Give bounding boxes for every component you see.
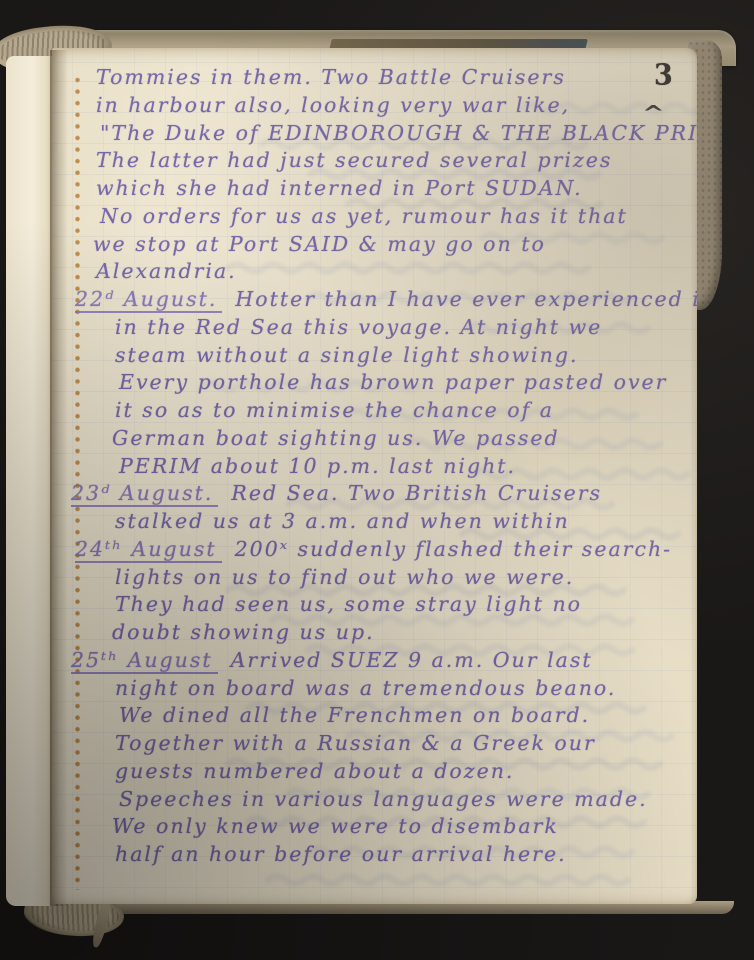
diary-line: We dined all the Frenchmen on board. xyxy=(62,702,697,730)
line-text: which she had interned in Port SUDAN. xyxy=(96,176,583,200)
line-text: "The Duke of EDINBOROUGH & THE BLACK PRI… xyxy=(100,121,697,145)
line-text: doubt showing us up. xyxy=(112,620,375,644)
line-text: half an hour before our arrival here. xyxy=(115,842,567,866)
diary-line: PERIM about 10 p.m. last night. xyxy=(62,453,697,481)
diary-line: 22ᵈ August.Hotter than I have ever exper… xyxy=(62,286,697,314)
diary-line: which she had interned in Port SUDAN. xyxy=(58,175,694,203)
previous-page-edge xyxy=(6,56,54,906)
diary-line: We only knew we were to disembark xyxy=(55,813,691,841)
line-text: Tommies in them. Two Battle Cruisers xyxy=(96,65,566,89)
entry-date: 23ᵈ August. xyxy=(71,481,218,507)
diary-line: it so as to minimise the chance of a xyxy=(58,397,694,425)
entry-date: 24ᵗʰ August xyxy=(75,537,222,563)
diary-line: 23ᵈ August.Red Sea. Two British Cruisers xyxy=(58,480,694,508)
diary-line: Together with a Russian & a Greek our xyxy=(58,730,694,758)
diary-line: Alexandria. xyxy=(58,258,694,286)
line-text: Every porthole has brown paper pasted ov… xyxy=(119,370,667,394)
diary-line: Tommies in them. Two Battle Cruisers xyxy=(58,64,694,92)
diary-line: night on board was a tremendous beano. xyxy=(58,675,694,703)
line-text: we stop at Port SAID & may go on to xyxy=(93,232,546,256)
line-text: in the Red Sea this voyage. At night we xyxy=(115,315,602,339)
diary-line: 25ᵗʰ AugustArrived SUEZ 9 a.m. Our last xyxy=(58,647,694,675)
diary-line: 24ᵗʰ August200ˣ suddenly flashed their s… xyxy=(62,536,697,564)
diary-line: half an hour before our arrival here. xyxy=(58,841,694,869)
line-text: We dined all the Frenchmen on board. xyxy=(119,703,590,727)
diary-line: in the Red Sea this voyage. At night we xyxy=(58,314,694,342)
diary-line: doubt showing us up. xyxy=(55,619,691,647)
line-text: in harbour also, looking very war like, xyxy=(96,93,570,117)
photo-frame: 3 ^ Tommies in them. Two Battle Cruisers… xyxy=(0,0,754,960)
diary-line: Speeches in various languages were made. xyxy=(62,786,697,814)
diary-line: They had seen us, some stray light no xyxy=(58,591,694,619)
line-text: The latter had just secured several priz… xyxy=(96,148,612,172)
diary-line: lights on us to find out who we were. xyxy=(58,564,694,592)
line-text: Together with a Russian & a Greek our xyxy=(115,731,596,755)
line-text: PERIM about 10 p.m. last night. xyxy=(119,454,516,478)
diary-line: in harbour also, looking very war like, xyxy=(58,92,694,120)
line-text: guests numbered about a dozen. xyxy=(115,759,514,783)
diary-line: German boat sighting us. We passed xyxy=(55,425,691,453)
line-text: We only knew we were to disembark xyxy=(112,814,559,838)
line-text: Hotter than I have ever experienced it xyxy=(235,287,697,311)
line-text: German boat sighting us. We passed xyxy=(112,426,560,450)
line-text: They had seen us, some stray light no xyxy=(115,592,582,616)
diary-line: guests numbered about a dozen. xyxy=(58,758,694,786)
line-text: 200ˣ suddenly flashed their search- xyxy=(235,537,672,561)
diary-page: 3 ^ Tommies in them. Two Battle Cruisers… xyxy=(52,48,697,904)
diary-lines: Tommies in them. Two Battle Cruisersin h… xyxy=(58,64,694,869)
diary-line: we stop at Port SAID & may go on to xyxy=(55,231,691,259)
diary-line: "The Duke of EDINBOROUGH & THE BLACK PRI… xyxy=(62,120,697,148)
line-text: stalked us at 3 a.m. and when within xyxy=(115,509,570,533)
line-text: Arrived SUEZ 9 a.m. Our last xyxy=(231,648,593,672)
diary-line: The latter had just secured several priz… xyxy=(58,147,694,175)
diary-line: No orders for us as yet, rumour has it t… xyxy=(62,203,697,231)
line-text: Red Sea. Two British Cruisers xyxy=(231,481,602,505)
line-text: it so as to minimise the chance of a xyxy=(115,398,554,422)
line-text: lights on us to find out who we were. xyxy=(115,565,574,589)
line-text: night on board was a tremendous beano. xyxy=(115,676,616,700)
diary-line: stalked us at 3 a.m. and when within xyxy=(58,508,694,536)
line-text: No orders for us as yet, rumour has it t… xyxy=(100,204,628,228)
line-text: steam without a single light showing. xyxy=(115,343,578,367)
entry-date: 22ᵈ August. xyxy=(75,287,222,313)
line-text: Speeches in various languages were made. xyxy=(119,787,648,811)
line-text: Alexandria. xyxy=(96,259,237,283)
entry-date: 25ᵗʰ August xyxy=(71,648,218,674)
diary-line: Every porthole has brown paper pasted ov… xyxy=(62,369,697,397)
diary-line: steam without a single light showing. xyxy=(58,342,694,370)
